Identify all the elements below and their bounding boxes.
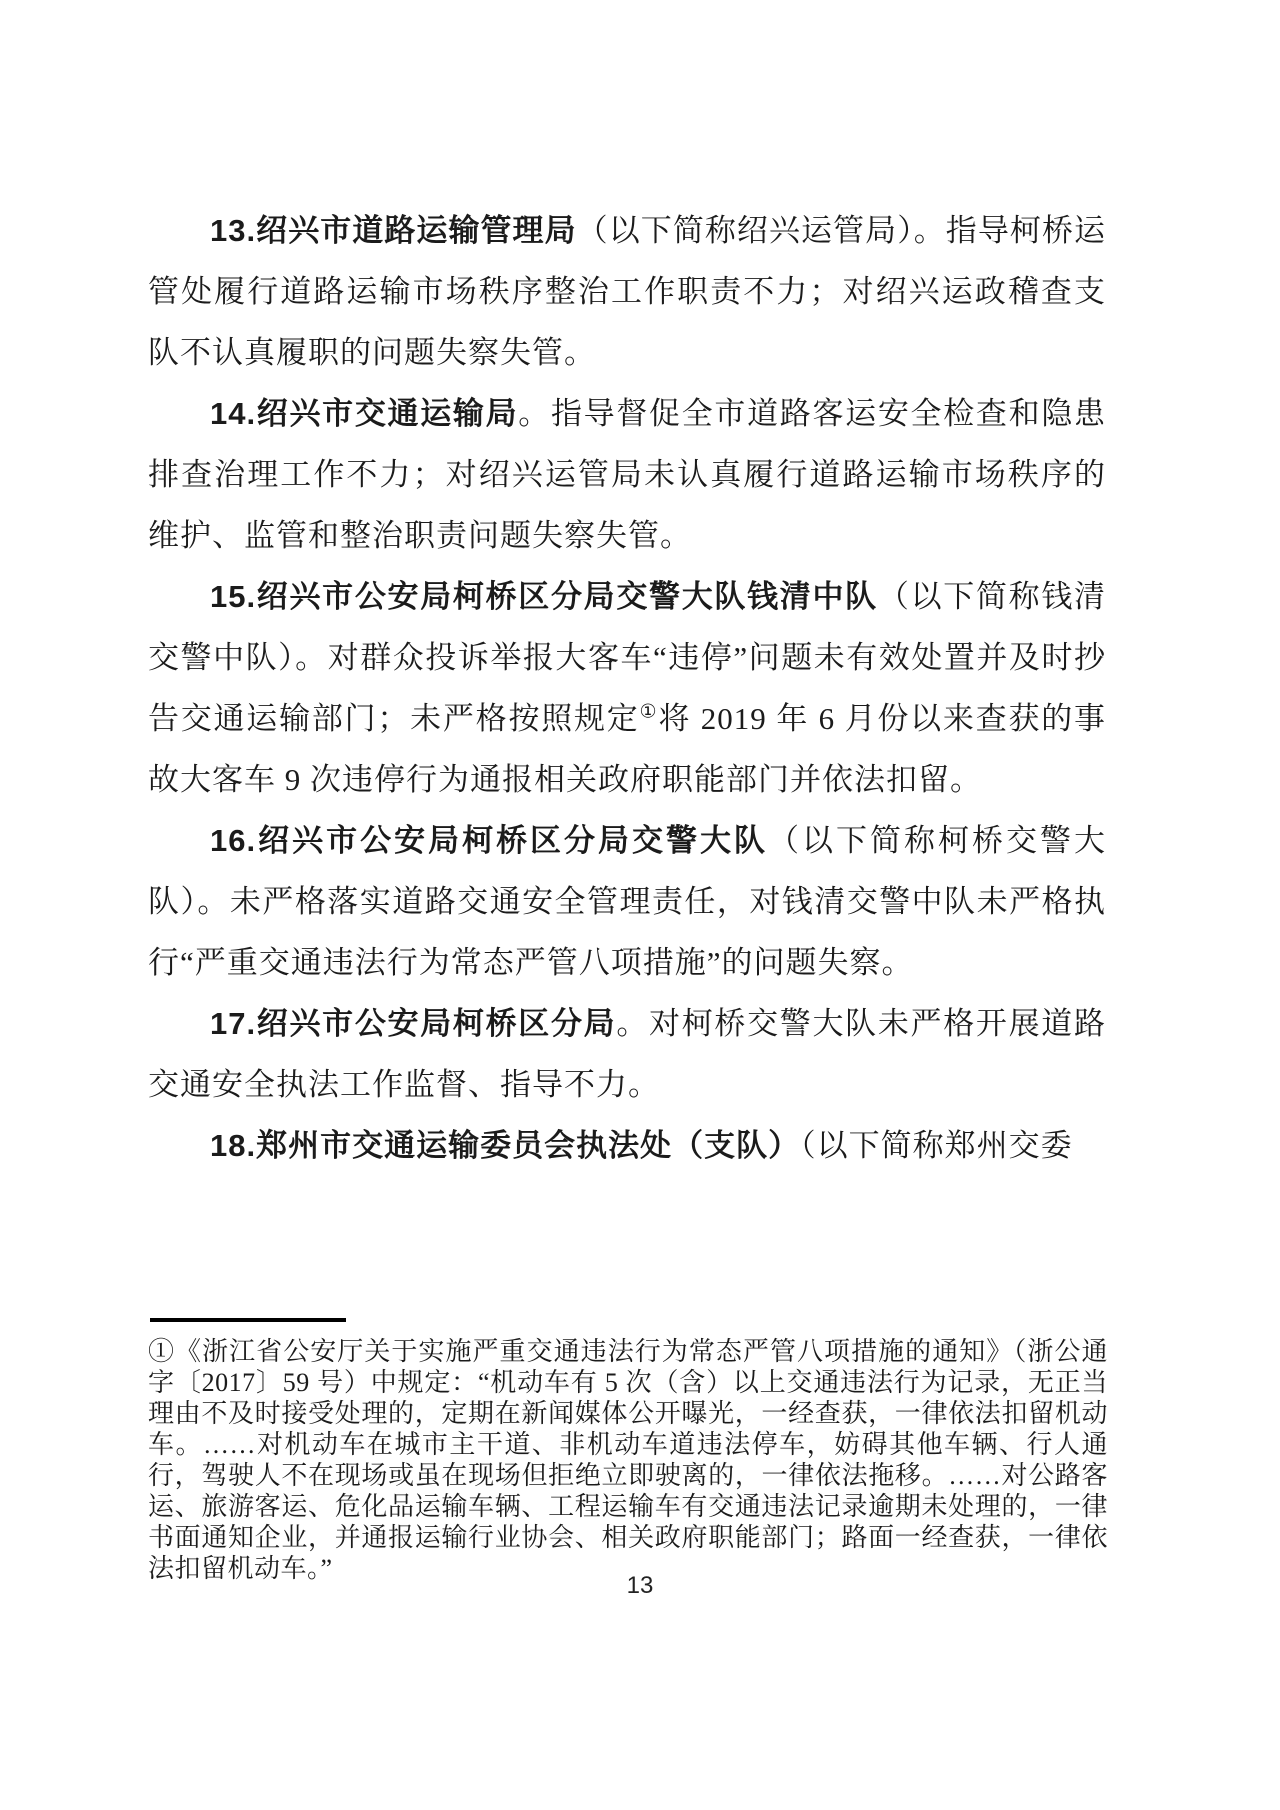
item-18-heading: 18.郑州市交通运输委员会执法处（支队）	[210, 1128, 800, 1163]
footnote: ①《浙江省公安厅关于实施严重交通违法行为常态严管八项措施的通知》（浙公通字〔20…	[148, 1336, 1108, 1584]
page-number: 13	[0, 1572, 1280, 1600]
item-14-heading: 14.绍兴市交通运输局	[210, 396, 518, 431]
item-18-paragraph: 18.郑州市交通运输委员会执法处（支队）（以下简称郑州交委	[148, 1115, 1106, 1176]
footnote-text: 《浙江省公安厅关于实施严重交通违法行为常态严管八项措施的通知》（浙公通字〔201…	[148, 1337, 1108, 1583]
document-body: 13.绍兴市道路运输管理局（以下简称绍兴运管局）。指导柯桥运管处履行道路运输市场…	[148, 200, 1106, 1176]
item-16-heading: 16.绍兴市公安局柯桥区分局交警大队	[210, 823, 768, 858]
footnote-reference-mark: ①	[640, 702, 659, 723]
document-page: 13.绍兴市道路运输管理局（以下简称绍兴运管局）。指导柯桥运管处履行道路运输市场…	[0, 0, 1280, 1810]
footnote-separator-line	[150, 1318, 346, 1322]
item-13-paragraph: 13.绍兴市道路运输管理局（以下简称绍兴运管局）。指导柯桥运管处履行道路运输市场…	[148, 200, 1106, 383]
item-15-heading: 15.绍兴市公安局柯桥区分局交警大队钱清中队	[210, 579, 878, 614]
item-17-heading: 17.绍兴市公安局柯桥区分局	[210, 1006, 616, 1041]
footnote-marker: ①	[148, 1337, 175, 1366]
item-13-heading: 13.绍兴市道路运输管理局	[210, 213, 577, 248]
item-14-paragraph: 14.绍兴市交通运输局。指导督促全市道路客运安全检查和隐患排查治理工作不力；对绍…	[148, 383, 1106, 566]
item-18-text: （以下简称郑州交委	[800, 1128, 1073, 1163]
item-15-paragraph: 15.绍兴市公安局柯桥区分局交警大队钱清中队（以下简称钱清交警中队）。对群众投诉…	[148, 566, 1106, 810]
item-17-paragraph: 17.绍兴市公安局柯桥区分局。对柯桥交警大队未严格开展道路交通安全执法工作监督、…	[148, 993, 1106, 1115]
item-16-paragraph: 16.绍兴市公安局柯桥区分局交警大队（以下简称柯桥交警大队）。未严格落实道路交通…	[148, 810, 1106, 993]
